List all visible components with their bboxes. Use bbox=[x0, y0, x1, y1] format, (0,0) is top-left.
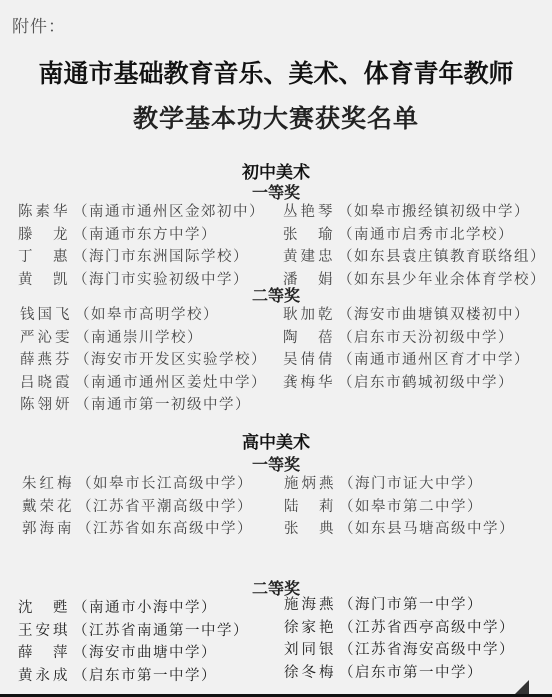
winner-school: （启东市第一中学） bbox=[73, 668, 217, 684]
winner-name: 施海燕 bbox=[284, 594, 339, 617]
winner-school: （如皋市第二中学） bbox=[339, 499, 483, 515]
list-item: 耿加乾（海安市曲塘镇双楼初中） bbox=[283, 304, 530, 327]
list-item: 陈素华（南通市通州区金郊初中） bbox=[18, 201, 265, 224]
document-title-line2: 教学基本功大赛获奖名单 bbox=[0, 99, 552, 135]
winner-school: （如皋市长江高级中学） bbox=[77, 476, 253, 492]
winner-school: （海安市开发区实验学校） bbox=[75, 352, 267, 368]
list-item: 钱国飞（如皋市高明学校） bbox=[20, 304, 267, 327]
list-item: 沈 甦（南通市小海中学） bbox=[18, 597, 249, 620]
winner-school: （南通市第一初级中学） bbox=[75, 397, 251, 413]
prize-label-senior-first: 一等奖 bbox=[0, 452, 552, 475]
winner-school: （江苏省南通第一中学） bbox=[73, 623, 249, 639]
winner-school: （如皋市搬经镇初级中学） bbox=[338, 204, 530, 220]
winner-school: （海门市证大中学） bbox=[339, 476, 483, 492]
winner-school: （南通市通州区育才中学） bbox=[338, 352, 530, 368]
list-item: 刘同银（江苏省海安高级中学） bbox=[284, 639, 515, 662]
winner-name: 朱红梅 bbox=[22, 473, 77, 496]
winner-name: 施炳燕 bbox=[284, 473, 339, 496]
winner-school: （南通市通州区金郊初中） bbox=[73, 204, 265, 220]
list-item: 黄永成（启东市第一中学） bbox=[18, 665, 249, 688]
list-item: 陶 蓓（启东市天汾初级中学） bbox=[283, 327, 530, 350]
list-item: 张 典（如东县马塘高级中学） bbox=[284, 518, 515, 541]
winner-name: 薛 萍 bbox=[18, 642, 73, 665]
winner-name: 刘同银 bbox=[284, 639, 339, 662]
winner-name: 张 瑜 bbox=[283, 224, 338, 247]
list-item: 薛 萍（海安市曲塘中学） bbox=[18, 642, 249, 665]
prize-label-junior-second: 二等奖 bbox=[0, 283, 552, 306]
list-item: 陆 莉（如皋市第二中学） bbox=[284, 496, 515, 519]
winner-school: （如东县袁庄镇教育联络组） bbox=[338, 249, 546, 265]
junior-second-left-list: 钱国飞（如皋市高明学校） 严沁雯（南通崇川学校） 薛燕芬（海安市开发区实验学校）… bbox=[20, 304, 267, 417]
list-item: 施海燕（海门市第一中学） bbox=[284, 594, 515, 617]
winner-name: 钱国飞 bbox=[20, 304, 75, 327]
winner-name: 黄建忠 bbox=[283, 246, 338, 269]
winner-name: 沈 甦 bbox=[18, 597, 73, 620]
winner-school: （如东县马塘高级中学） bbox=[339, 521, 515, 537]
winner-school: （启东市天汾初级中学） bbox=[338, 330, 514, 346]
senior-first-left-list: 朱红梅（如皋市长江高级中学） 戴荣花（江苏省平潮高级中学） 郭海南（江苏省如东高… bbox=[22, 473, 253, 541]
winner-name: 戴荣花 bbox=[22, 496, 77, 519]
winner-school: （南通市通州区姜灶中学） bbox=[75, 375, 267, 391]
winner-name: 陈翎妍 bbox=[20, 394, 75, 417]
list-item: 吕晓霞（南通市通州区姜灶中学） bbox=[20, 372, 267, 395]
list-item: 徐家艳（江苏省西亭高级中学） bbox=[284, 617, 515, 640]
list-item: 龚梅华（启东市鹤城初级中学） bbox=[283, 372, 530, 395]
senior-second-right-list: 施海燕（海门市第一中学） 徐家艳（江苏省西亭高级中学） 刘同银（江苏省海安高级中… bbox=[284, 594, 515, 684]
list-item: 朱红梅（如皋市长江高级中学） bbox=[22, 473, 253, 496]
winner-name: 徐冬梅 bbox=[284, 662, 339, 685]
winner-school: （海门市第一中学） bbox=[339, 597, 483, 613]
winner-name: 丛艳琴 bbox=[283, 201, 338, 224]
junior-first-left-list: 陈素华（南通市通州区金郊初中） 滕 龙（南通市东方中学） 丁 惠（海门市东洲国际… bbox=[18, 201, 265, 291]
senior-second-left-list: 沈 甦（南通市小海中学） 王安琪（江苏省南通第一中学） 薛 萍（海安市曲塘中学）… bbox=[18, 597, 249, 687]
winner-name: 滕 龙 bbox=[18, 224, 73, 247]
winner-name: 郭海南 bbox=[22, 518, 77, 541]
winner-name: 陶 蓓 bbox=[283, 327, 338, 350]
winner-school: （启东市鹤城初级中学） bbox=[338, 375, 514, 391]
winner-name: 薛燕芬 bbox=[20, 349, 75, 372]
list-item: 王安琪（江苏省南通第一中学） bbox=[18, 620, 249, 643]
list-item: 戴荣花（江苏省平潮高级中学） bbox=[22, 496, 253, 519]
winner-school: （南通市启秀市北学校） bbox=[338, 227, 514, 243]
prize-label-junior-first: 一等奖 bbox=[0, 180, 552, 203]
list-item: 吴倩倩（南通市通州区育才中学） bbox=[283, 349, 530, 372]
winner-school: （海安市曲塘中学） bbox=[73, 645, 217, 661]
attachment-label: 附件： bbox=[12, 12, 66, 37]
winner-school: （海门市东洲国际学校） bbox=[73, 249, 249, 265]
winner-school: （南通市东方中学） bbox=[73, 227, 217, 243]
winner-name: 丁 惠 bbox=[18, 246, 73, 269]
list-item: 薛燕芬（海安市开发区实验学校） bbox=[20, 349, 267, 372]
list-item: 陈翎妍（南通市第一初级中学） bbox=[20, 394, 267, 417]
winner-name: 徐家艳 bbox=[284, 617, 339, 640]
winner-school: （江苏省海安高级中学） bbox=[339, 642, 515, 658]
list-item: 黄建忠（如东县袁庄镇教育联络组） bbox=[283, 246, 546, 269]
winner-school: （如皋市高明学校） bbox=[75, 307, 219, 323]
document-title-line1: 南通市基础教育音乐、美术、体育青年教师 bbox=[0, 54, 552, 90]
list-item: 丁 惠（海门市东洲国际学校） bbox=[18, 246, 265, 269]
winner-name: 黄永成 bbox=[18, 665, 73, 688]
winner-school: （江苏省平潮高级中学） bbox=[77, 499, 253, 515]
list-item: 施炳燕（海门市证大中学） bbox=[284, 473, 515, 496]
list-item: 严沁雯（南通崇川学校） bbox=[20, 327, 267, 350]
winner-name: 龚梅华 bbox=[283, 372, 338, 395]
list-item: 郭海南（江苏省如东高级中学） bbox=[22, 518, 253, 541]
winner-name: 吕晓霞 bbox=[20, 372, 75, 395]
winner-name: 严沁雯 bbox=[20, 327, 75, 350]
winner-name: 耿加乾 bbox=[283, 304, 338, 327]
winner-name: 吴倩倩 bbox=[283, 349, 338, 372]
winner-name: 王安琪 bbox=[18, 620, 73, 643]
list-item: 丛艳琴（如皋市搬经镇初级中学） bbox=[283, 201, 546, 224]
junior-second-right-list: 耿加乾（海安市曲塘镇双楼初中） 陶 蓓（启东市天汾初级中学） 吴倩倩（南通市通州… bbox=[283, 304, 530, 394]
list-item: 张 瑜（南通市启秀市北学校） bbox=[283, 224, 546, 247]
senior-first-right-list: 施炳燕（海门市证大中学） 陆 莉（如皋市第二中学） 张 典（如东县马塘高级中学） bbox=[284, 473, 515, 541]
winner-name: 张 典 bbox=[284, 518, 339, 541]
winner-school: （江苏省如东高级中学） bbox=[77, 521, 253, 537]
winner-school: （海安市曲塘镇双楼初中） bbox=[338, 307, 530, 323]
winner-name: 陈素华 bbox=[18, 201, 73, 224]
section-title-senior-art: 高中美术 bbox=[0, 428, 552, 453]
winner-school: （江苏省西亭高级中学） bbox=[339, 620, 515, 636]
winner-school: （南通市小海中学） bbox=[73, 600, 217, 616]
page-corner-mark bbox=[515, 680, 529, 694]
winner-school: （南通崇川学校） bbox=[75, 330, 203, 346]
list-item: 徐冬梅（启东市第一中学） bbox=[284, 662, 515, 685]
winner-name: 陆 莉 bbox=[284, 496, 339, 519]
list-item: 滕 龙（南通市东方中学） bbox=[18, 224, 265, 247]
junior-first-right-list: 丛艳琴（如皋市搬经镇初级中学） 张 瑜（南通市启秀市北学校） 黄建忠（如东县袁庄… bbox=[283, 201, 546, 291]
winner-school: （启东市第一中学） bbox=[339, 665, 483, 681]
